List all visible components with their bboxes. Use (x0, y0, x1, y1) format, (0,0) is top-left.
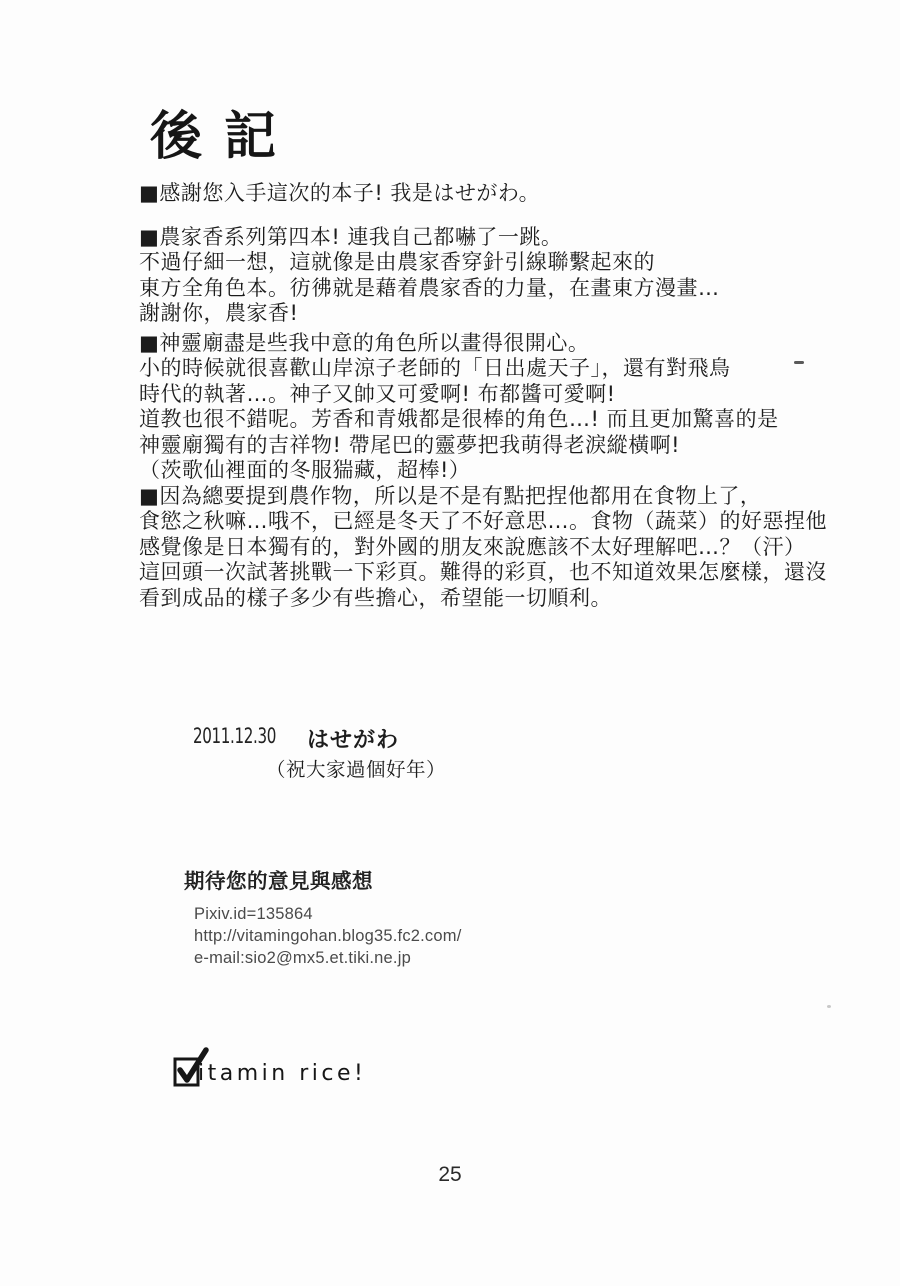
text-line: ■神靈廟盡是些我中意的角色所以畫得很開心。 (139, 331, 779, 356)
email-address: e-mail:sio2@mx5.et.tiki.ne.jp (194, 947, 462, 969)
text-line: 看到成品的樣子多少有些擔心，希望能一切順利。 (139, 586, 827, 611)
text-line: 不過仔細一想，這就像是由農家香穿針引線聯繫起來的 (139, 250, 720, 275)
text-line: 道教也很不錯呢。芳香和青娥都是很棒的角色…! 而且更加驚喜的是 (139, 407, 779, 432)
text-line: 小的時候就很喜歡山岸涼子老師的「日出處天子」，還有對飛鳥 (139, 356, 779, 381)
feedback-heading: 期待您的意見與感想 (184, 864, 373, 894)
paragraph-food-and-color-pages: ■因為總要提到農作物，所以是不是有點把捏他都用在食物上了， 食慾之秋嘛…哦不，已… (139, 484, 827, 611)
text-line: 這回頭一次試著挑戰一下彩頁。難得的彩頁，也不知道效果怎麼樣，還沒 (139, 560, 827, 585)
signature-author: はせがわ (307, 723, 399, 754)
logo-text: itamin rice! (198, 1061, 366, 1086)
text-line: 感覺像是日本獨有的，對外國的朋友來說應該不太好理解吧…？（汗） (139, 535, 827, 560)
page-title: 後記 (150, 94, 298, 169)
text-line: 食慾之秋嘛…哦不，已經是冬天了不好意思…。食物（蔬菜）的好惡捏他 (139, 509, 827, 534)
text-line: 謝謝你，農家香! (139, 301, 720, 326)
paragraph-series: ■農家香系列第四本! 連我自己都嚇了一跳。 不過仔細一想，這就像是由農家香穿針引… (139, 225, 720, 327)
scan-artifact-dot (827, 1005, 831, 1008)
text-line: ■感謝您入手這次的本子! 我是はせがわ。 (139, 181, 540, 206)
text-line: 神靈廟獨有的吉祥物! 帶尾巴的靈夢把我萌得老淚縱橫啊! (139, 433, 779, 458)
text-line: （茨歌仙裡面的冬服猯藏，超棒!） (139, 458, 779, 483)
paragraph-thanks: ■感謝您入手這次的本子! 我是はせがわ。 (139, 181, 540, 206)
blog-url: http://vitamingohan.blog35.fc2.com/ (194, 925, 462, 947)
text-line: 時代的執著…。神子又帥又可愛啊! 布都醬可愛啊! (139, 382, 779, 407)
text-line: ■因為總要提到農作物，所以是不是有點把捏他都用在食物上了， (139, 484, 827, 509)
scan-artifact-dash (794, 361, 804, 364)
pixiv-id: Pixiv.id=135864 (194, 903, 462, 925)
text-line: ■農家香系列第四本! 連我自己都嚇了一跳。 (139, 225, 720, 250)
signature-date: 2011.12.30 (193, 724, 276, 748)
page-number: 25 (420, 1163, 480, 1187)
paragraph-characters: ■神靈廟盡是些我中意的角色所以畫得很開心。 小的時候就很喜歡山岸涼子老師的「日出… (139, 331, 779, 483)
text-line: 東方全角色本。彷彿就是藉着農家香的力量，在畫東方漫畫… (139, 276, 720, 301)
afterword-page: 後記 ■感謝您入手這次的本子! 我是はせがわ。 ■農家香系列第四本! 連我自己都… (0, 0, 900, 1286)
contact-info: Pixiv.id=135864 http://vitamingohan.blog… (194, 903, 462, 969)
signature-greeting: （祝大家過個好年） (266, 754, 446, 782)
